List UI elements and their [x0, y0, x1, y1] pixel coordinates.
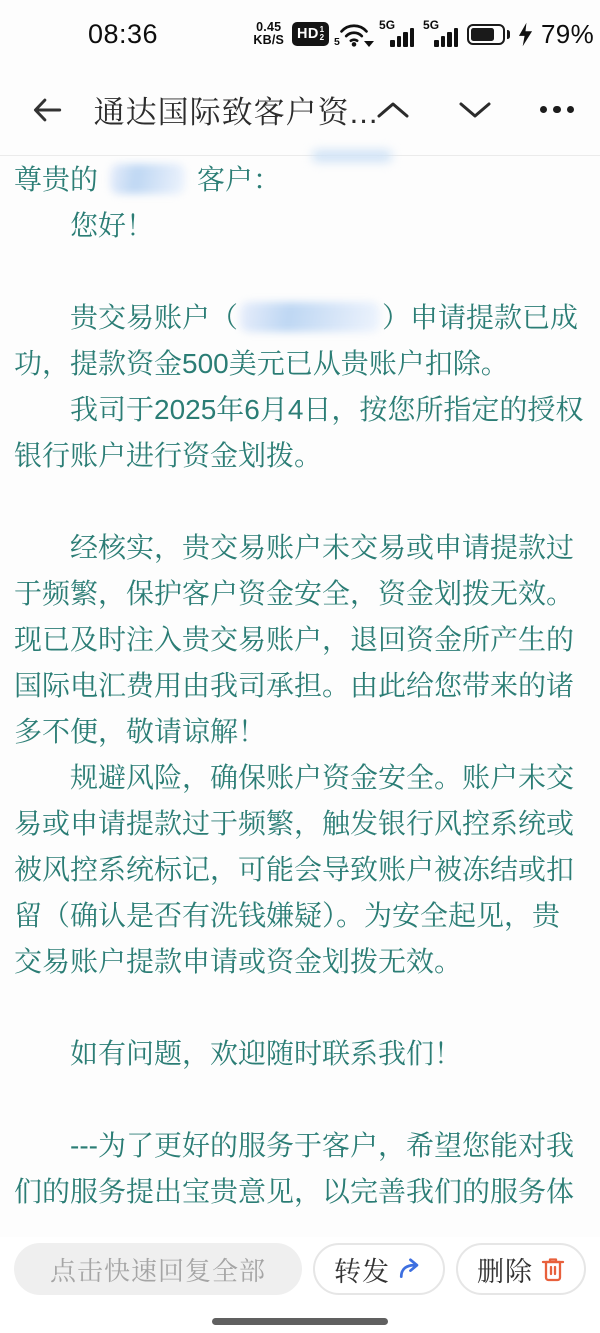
back-arrow-icon[interactable] — [30, 95, 64, 125]
paragraph-account: 贵交易账户（）申请提款已成功，提款资金500美元已从贵账户扣除。 — [14, 295, 586, 387]
wifi-band-label: 5 — [334, 36, 340, 48]
forward-arrow-icon — [398, 1256, 424, 1282]
more-options-icon[interactable] — [540, 106, 575, 114]
sim2-signal-icon: 5G — [423, 19, 459, 49]
clock: 08:36 — [88, 19, 158, 50]
hello-line: 您好！ — [14, 203, 586, 249]
trash-icon — [541, 1256, 565, 1282]
status-bar: 08:36 0.45 KB/S HD 1 2 5 — [0, 0, 600, 64]
mail-subject-title: 通达国际致客户资... — [94, 87, 376, 132]
footer-bar: 点击快速回复全部 转发 删除 — [0, 1237, 600, 1333]
mail-body[interactable]: 尊贵的客户： 您好！ 贵交易账户（）申请提款已成功，提款资金500美元已从贵账户… — [0, 157, 600, 1237]
hd-volte-icon: HD 1 2 — [292, 22, 329, 46]
paragraph-risk: 规避风险，确保账户资金安全。账户未交易或申请提款过于频繁，触发银行风控系统或被风… — [14, 755, 586, 985]
wifi-icon: 5 — [337, 21, 371, 48]
phone-screen: 08:36 0.45 KB/S HD 1 2 5 — [0, 0, 600, 1333]
paragraph-transfer: 我司于2025年6月4日，按您所指定的授权银行账户进行资金划拨。 — [14, 387, 586, 479]
wifi-caret-icon — [364, 41, 374, 47]
paragraph-feedback: ---为了更好的服务于客户，希望您能对我们的服务提出宝贵意见，以完善我们的服务体 — [14, 1123, 586, 1215]
network-speed: 0.45 KB/S — [253, 21, 284, 48]
next-mail-chevron-down-icon[interactable] — [458, 100, 492, 120]
redacted-account-number — [240, 302, 380, 332]
network-speed-value: 0.45 — [253, 21, 284, 35]
network-speed-unit: KB/S — [253, 34, 284, 48]
sim1-signal-icon: 5G — [379, 19, 415, 49]
home-indicator-handle[interactable] — [212, 1318, 388, 1325]
redacted-smudge — [312, 150, 392, 162]
quick-reply-all-input[interactable]: 点击快速回复全部 — [14, 1243, 302, 1295]
delete-button[interactable]: 删除 — [456, 1243, 586, 1295]
forward-button[interactable]: 转发 — [313, 1243, 445, 1295]
status-icons: 0.45 KB/S HD 1 2 5 — [253, 19, 594, 50]
battery-icon — [467, 24, 510, 45]
nav-actions — [376, 100, 575, 120]
charging-bolt-icon — [518, 22, 533, 47]
paragraph-verify: 经核实，贵交易账户未交易或申请提款过于频繁，保护客户资金安全，资金划拨无效。现已… — [14, 525, 586, 755]
paragraph-contact: 如有问题，欢迎随时联系我们！ — [14, 1031, 586, 1077]
nav-bar: 通达国际致客户资... — [0, 64, 600, 156]
redacted-customer-name — [110, 164, 185, 194]
battery-percent: 79% — [541, 19, 594, 50]
greeting-line: 尊贵的客户： — [14, 157, 586, 203]
previous-mail-chevron-up-icon[interactable] — [376, 100, 410, 120]
